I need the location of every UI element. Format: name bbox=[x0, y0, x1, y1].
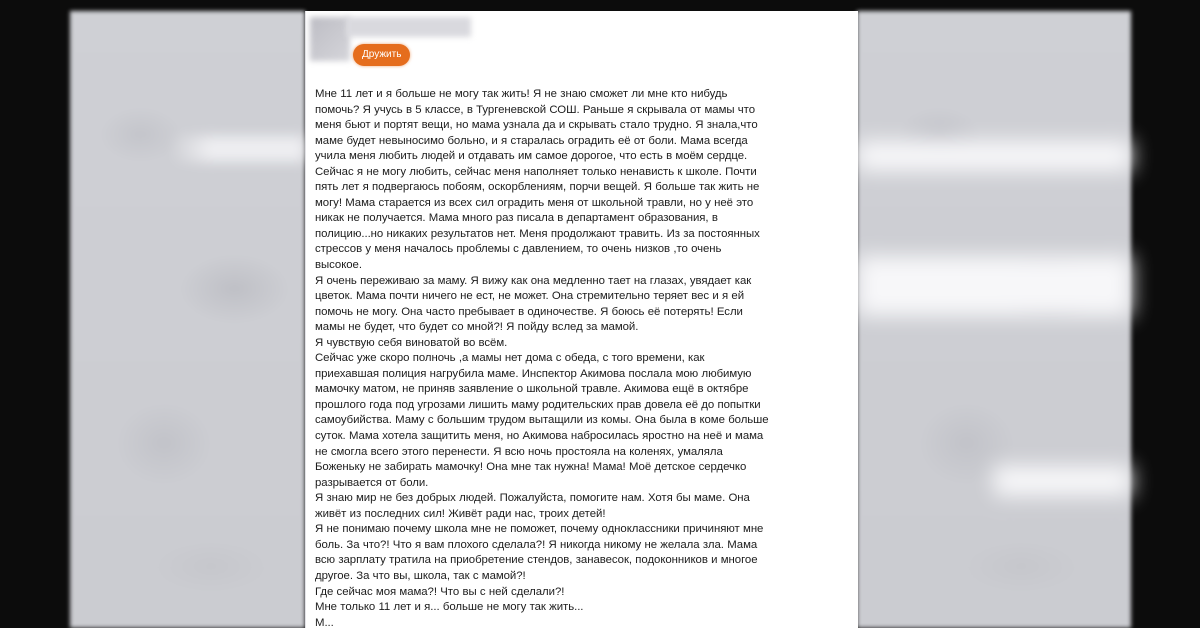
post-text-line: Мне 11 лет и я больше не могу так жить! … bbox=[315, 87, 860, 103]
blurred-band bbox=[994, 466, 1131, 496]
post-text-line: не смогла всего этого перенести. Я всю н… bbox=[315, 445, 860, 461]
post-text-line: пять лет я подвергаюсь побоям, оскорблен… bbox=[315, 180, 860, 196]
post-text-line: учила меня любить людей и отдавать им са… bbox=[315, 149, 860, 165]
post-text-line: Мне только 11 лет и я... больше не могу … bbox=[315, 600, 860, 616]
avatar[interactable] bbox=[310, 17, 350, 61]
add-friend-button[interactable]: Дружить bbox=[353, 44, 410, 66]
post-text-line: полицию...но никаких результатов нет. Ме… bbox=[315, 227, 860, 243]
post-text-line: могу! Мама старается из всех сил оградит… bbox=[315, 196, 860, 212]
post-text-line: Я знаю мир не без добрых людей. Пожалуйс… bbox=[315, 491, 860, 507]
post-text-line: Сейчас уже скоро полночь ,а мамы нет дом… bbox=[315, 351, 860, 367]
post-text-line: прошлого года под угрозами лишить маму р… bbox=[315, 398, 860, 414]
post-text-line: помочь? Я учусь в 5 классе, в Тургеневск… bbox=[315, 103, 860, 119]
blurred-side-panel-left bbox=[70, 11, 305, 628]
post-card: Дружить Мне 11 лет и я больше не могу та… bbox=[305, 11, 858, 628]
post-text-line: Я очень переживаю за маму. Я вижу как он… bbox=[315, 274, 860, 290]
post-text-line: самоубийства. Маму с большим трудом выта… bbox=[315, 413, 860, 429]
blurred-streak bbox=[170, 136, 305, 162]
blurred-side-panel-right bbox=[857, 11, 1131, 628]
post-text-line: Где сейчас моя мама?! Что вы с ней сдела… bbox=[315, 585, 860, 601]
blurred-band bbox=[857, 141, 1131, 171]
post-text-line: никак не получается. Мама много раз писа… bbox=[315, 211, 860, 227]
post-text-line: стрессов у меня началось проблемы с давл… bbox=[315, 242, 860, 258]
blurred-band bbox=[857, 256, 1131, 316]
author-name-blurred[interactable] bbox=[346, 17, 471, 37]
post-text-line: мамы не будет, что будет со мной?! Я пой… bbox=[315, 320, 860, 336]
post-text-line: помочь не могу. Она часто пребывает в од… bbox=[315, 305, 860, 321]
post-text-line: суток. Мама хотела защитить меня, но Аки… bbox=[315, 429, 860, 445]
post-text-line: мамочку матом, не приняв заявление о шко… bbox=[315, 382, 860, 398]
post-text-line: высокое. bbox=[315, 258, 860, 274]
post-text-line: всю зарплату тратила на приобретение сте… bbox=[315, 553, 860, 569]
post-text-line: другое. За что вы, школа, так с мамой?! bbox=[315, 569, 860, 585]
post-text-line: разрывается от боли. bbox=[315, 476, 860, 492]
post-text-line: Я чувствую себя виноватой во всём. bbox=[315, 336, 860, 352]
post-text-line: М... bbox=[315, 616, 860, 628]
post-text-line: боль. За что?! Что я вам плохого сделала… bbox=[315, 538, 860, 554]
post-text-line: маме будет невыносимо больно, и я старал… bbox=[315, 134, 860, 150]
post-text-line: живёт из последних сил! Живёт ради нас, … bbox=[315, 507, 860, 523]
post-text-line: цветок. Мама почти ничего не ест, не мож… bbox=[315, 289, 860, 305]
post-text-line: приехавшая полиция нагрубила маме. Инспе… bbox=[315, 367, 860, 383]
post-text-line: Я не понимаю почему школа мне не поможет… bbox=[315, 522, 860, 538]
post-text-line: Сейчас я не могу любить, сейчас меня нап… bbox=[315, 165, 860, 181]
post-text-line: Боженьку не забирать мамочку! Она мне та… bbox=[315, 460, 860, 476]
post-text-line: меня бьют и портят вещи, но мама узнала … bbox=[315, 118, 860, 134]
post-body-text: Мне 11 лет и я больше не могу так жить! … bbox=[315, 87, 860, 628]
